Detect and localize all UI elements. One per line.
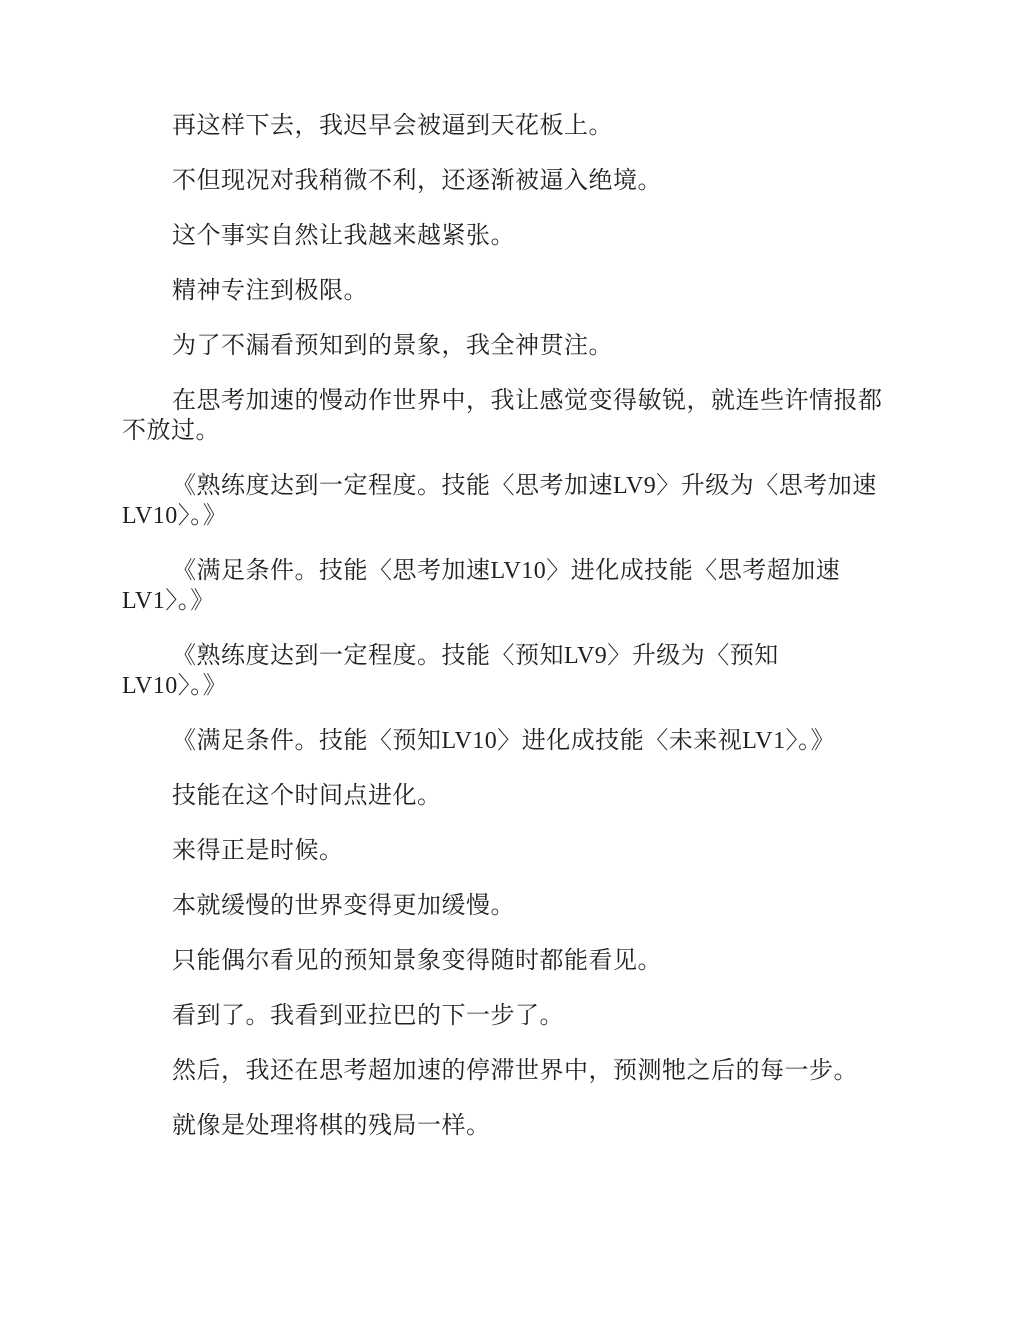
paragraph: 精神专注到极限。 bbox=[122, 276, 902, 306]
paragraph: 《满足条件。技能〈预知LV10〉进化成技能〈未来视LV1〉。》 bbox=[122, 726, 902, 756]
paragraph: 就像是处理将棋的残局一样。 bbox=[122, 1111, 902, 1141]
text-line: 本就缓慢的世界变得更加缓慢。 bbox=[122, 891, 902, 921]
text-line: 在思考加速的慢动作世界中，我让感觉变得敏锐，就连些许情报都 bbox=[122, 386, 902, 416]
text-line: 来得正是时候。 bbox=[122, 836, 902, 866]
text-line: 不放过。 bbox=[122, 416, 902, 446]
paragraph: 《熟练度达到一定程度。技能〈预知LV9〉升级为〈预知 LV10〉。》 bbox=[122, 641, 902, 701]
paragraph: 来得正是时候。 bbox=[122, 836, 902, 866]
text-line: 这个事实自然让我越来越紧张。 bbox=[122, 221, 902, 251]
paragraph: 然后，我还在思考超加速的停滞世界中，预测牠之后的每一步。 bbox=[122, 1056, 902, 1086]
paragraph: 看到了。我看到亚拉巴的下一步了。 bbox=[122, 1001, 902, 1031]
text-line: 就像是处理将棋的残局一样。 bbox=[122, 1111, 902, 1141]
paragraph: 再这样下去，我迟早会被逼到天花板上。 bbox=[122, 111, 902, 141]
paragraph: 技能在这个时间点进化。 bbox=[122, 781, 902, 811]
paragraph: 《满足条件。技能〈思考加速LV10〉进化成技能〈思考超加速 LV1〉。》 bbox=[122, 556, 902, 616]
text-line: LV10〉。》 bbox=[122, 501, 902, 531]
text-line: 然后，我还在思考超加速的停滞世界中，预测牠之后的每一步。 bbox=[122, 1056, 902, 1086]
text-line: 《熟练度达到一定程度。技能〈思考加速LV9〉升级为〈思考加速 bbox=[122, 471, 902, 501]
text-line: LV10〉。》 bbox=[122, 671, 902, 701]
document-page: 再这样下去，我迟早会被逼到天花板上。 不但现况对我稍微不利，还逐渐被逼入绝境。 … bbox=[0, 0, 1020, 1320]
text-line: 精神专注到极限。 bbox=[122, 276, 902, 306]
paragraph: 在思考加速的慢动作世界中，我让感觉变得敏锐，就连些许情报都 不放过。 bbox=[122, 386, 902, 446]
paragraph: 不但现况对我稍微不利，还逐渐被逼入绝境。 bbox=[122, 166, 902, 196]
text-line: LV1〉。》 bbox=[122, 586, 902, 616]
text-line: 《满足条件。技能〈思考加速LV10〉进化成技能〈思考超加速 bbox=[122, 556, 902, 586]
paragraph: 《熟练度达到一定程度。技能〈思考加速LV9〉升级为〈思考加速 LV10〉。》 bbox=[122, 471, 902, 531]
paragraph: 这个事实自然让我越来越紧张。 bbox=[122, 221, 902, 251]
text-line: 不但现况对我稍微不利，还逐渐被逼入绝境。 bbox=[122, 166, 902, 196]
text-line: 看到了。我看到亚拉巴的下一步了。 bbox=[122, 1001, 902, 1031]
text-line: 《熟练度达到一定程度。技能〈预知LV9〉升级为〈预知 bbox=[122, 641, 902, 671]
paragraph: 为了不漏看预知到的景象，我全神贯注。 bbox=[122, 331, 902, 361]
paragraph: 只能偶尔看见的预知景象变得随时都能看见。 bbox=[122, 946, 902, 976]
text-line: 技能在这个时间点进化。 bbox=[122, 781, 902, 811]
text-line: 为了不漏看预知到的景象，我全神贯注。 bbox=[122, 331, 902, 361]
paragraph: 本就缓慢的世界变得更加缓慢。 bbox=[122, 891, 902, 921]
text-line: 再这样下去，我迟早会被逼到天花板上。 bbox=[122, 111, 902, 141]
text-line: 只能偶尔看见的预知景象变得随时都能看见。 bbox=[122, 946, 902, 976]
text-line: 《满足条件。技能〈预知LV10〉进化成技能〈未来视LV1〉。》 bbox=[122, 726, 902, 756]
